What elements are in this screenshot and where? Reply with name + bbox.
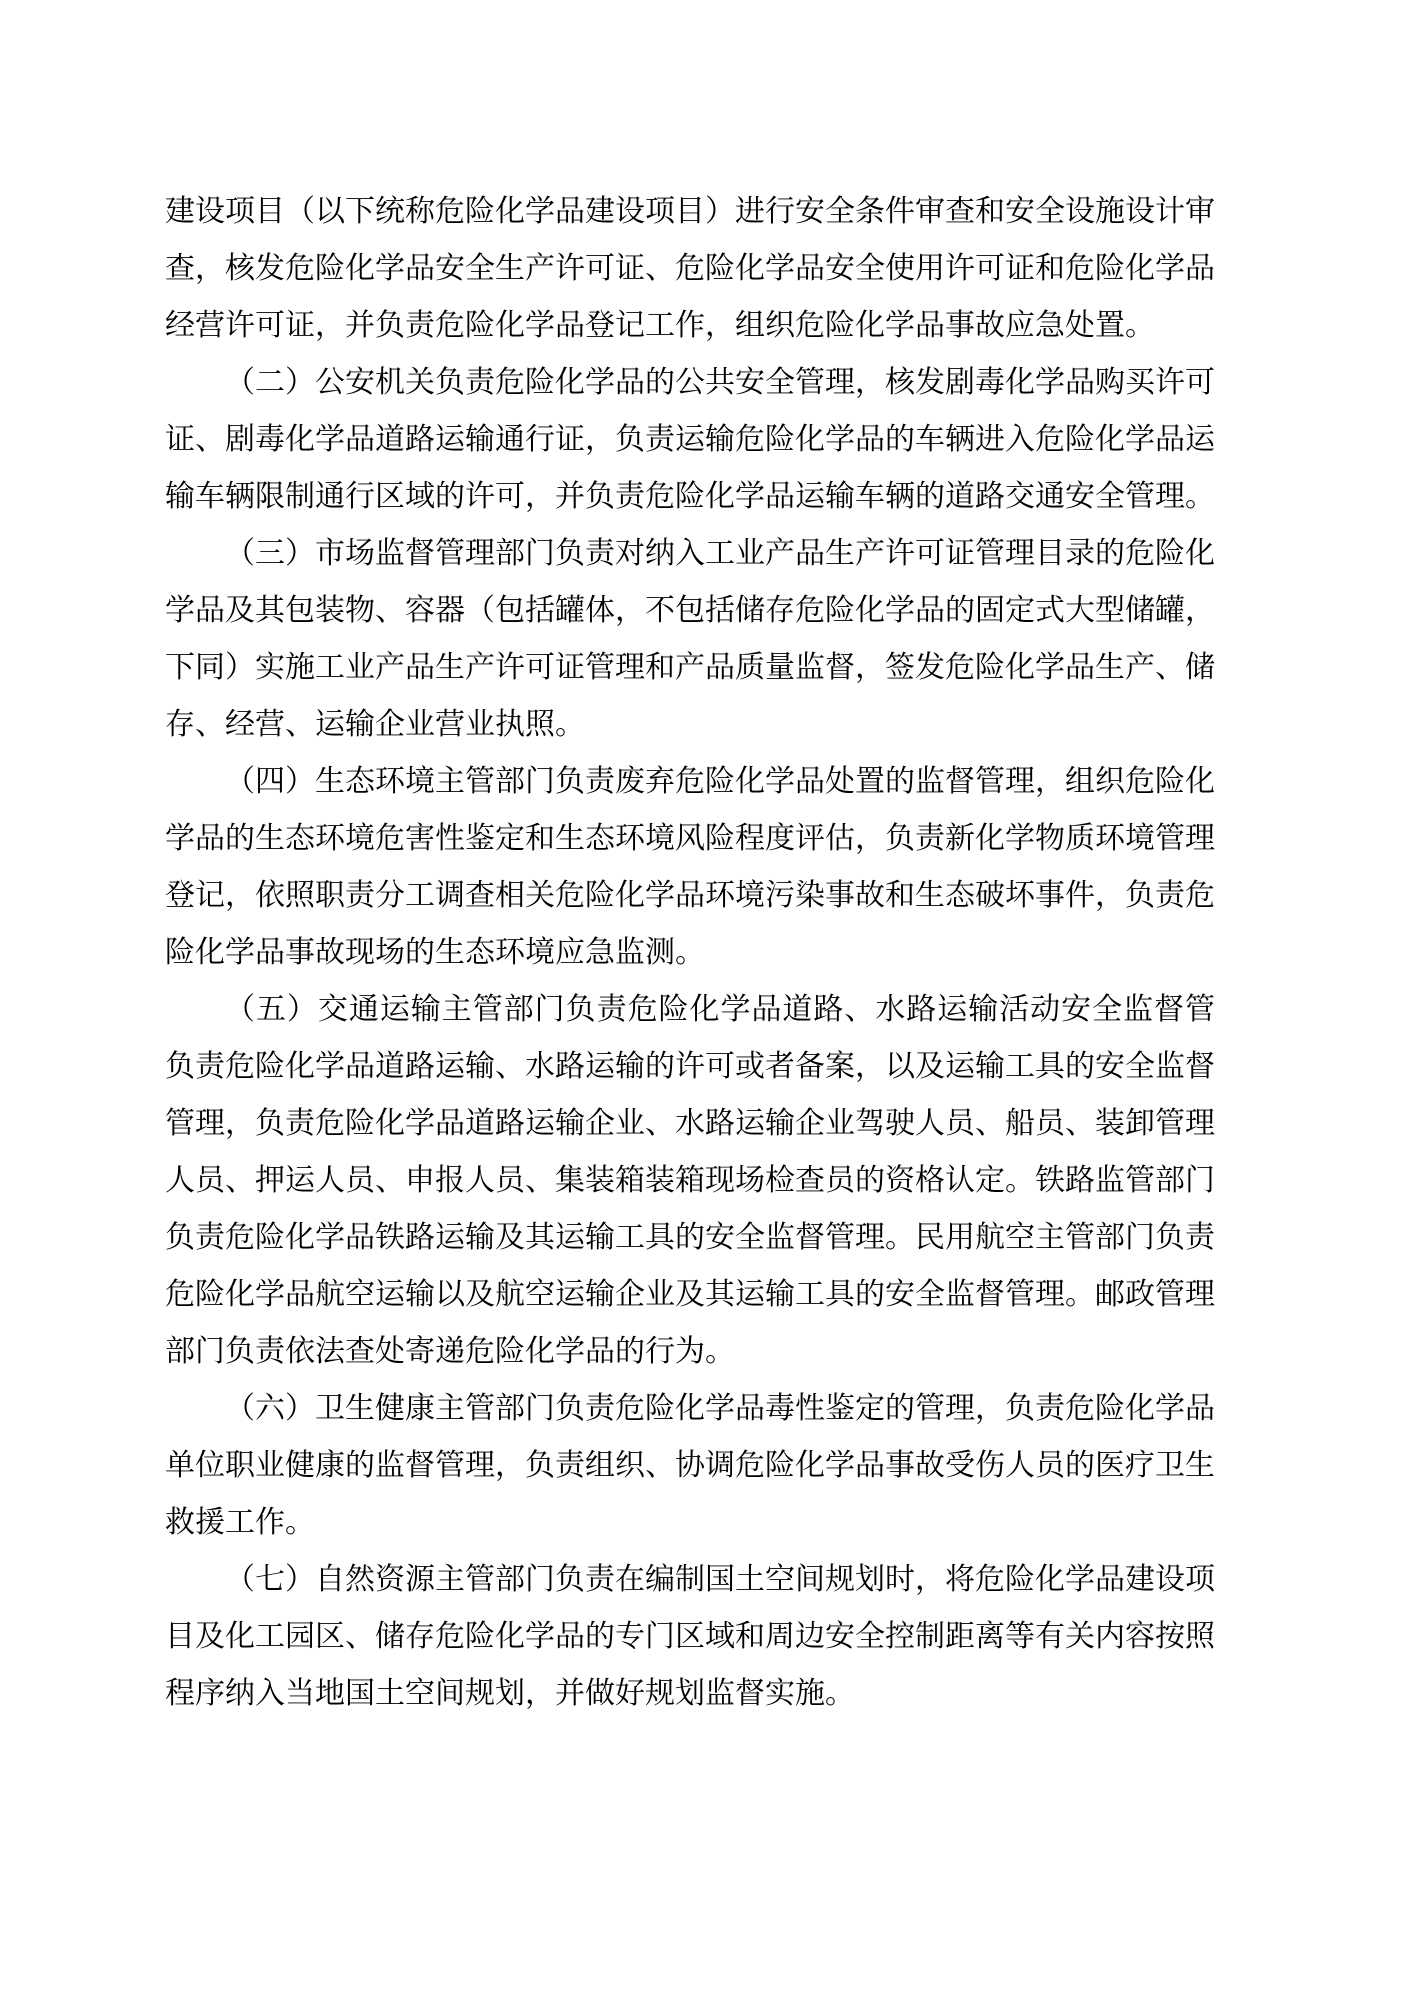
text-line: 学品及其包装物、容器（包括罐体，不包括储存危险化学品的固定式大型储罐， — [165, 582, 1215, 639]
text-line: 负责危险化学品铁路运输及其运输工具的安全监督管理。民用航空主管部门负责 — [165, 1209, 1215, 1266]
text-line: （五）交通运输主管部门负责危险化学品道路、水路运输活动安全监督管理， — [165, 981, 1215, 1038]
text-line: 危险化学品航空运输以及航空运输企业及其运输工具的安全监督管理。邮政管理 — [165, 1266, 1215, 1323]
text-line: 负责危险化学品道路运输、水路运输的许可或者备案，以及运输工具的安全监督 — [165, 1038, 1215, 1095]
text-line: （六）卫生健康主管部门负责危险化学品毒性鉴定的管理，负责危险化学品 — [165, 1380, 1215, 1437]
text-line: （二）公安机关负责危险化学品的公共安全管理，核发剧毒化学品购买许可 — [165, 354, 1215, 411]
text-line: 目及化工园区、储存危险化学品的专门区域和周边安全控制距离等有关内容按照 — [165, 1608, 1215, 1665]
text-line: 管理，负责危险化学品道路运输企业、水路运输企业驾驶人员、船员、装卸管理 — [165, 1095, 1215, 1152]
document-page: 建设项目（以下统称危险化学品建设项目）进行安全条件审查和安全设施设计审查，核发危… — [0, 0, 1414, 2000]
text-line: 程序纳入当地国土空间规划，并做好规划监督实施。 — [165, 1665, 1215, 1722]
text-line: 人员、押运人员、申报人员、集装箱装箱现场检查员的资格认定。铁路监管部门 — [165, 1152, 1215, 1209]
text-line: 救援工作。 — [165, 1494, 1215, 1551]
text-line: 建设项目（以下统称危险化学品建设项目）进行安全条件审查和安全设施设计审 — [165, 183, 1215, 240]
text-line: 单位职业健康的监督管理，负责组织、协调危险化学品事故受伤人员的医疗卫生 — [165, 1437, 1215, 1494]
document-body: 建设项目（以下统称危险化学品建设项目）进行安全条件审查和安全设施设计审查，核发危… — [165, 183, 1215, 1722]
text-line: 经营许可证，并负责危险化学品登记工作，组织危险化学品事故应急处置。 — [165, 297, 1215, 354]
text-line: 下同）实施工业产品生产许可证管理和产品质量监督，签发危险化学品生产、储 — [165, 639, 1215, 696]
text-line: 证、剧毒化学品道路运输通行证，负责运输危险化学品的车辆进入危险化学品运 — [165, 411, 1215, 468]
text-line: 险化学品事故现场的生态环境应急监测。 — [165, 924, 1215, 981]
text-line: （四）生态环境主管部门负责废弃危险化学品处置的监督管理，组织危险化 — [165, 753, 1215, 810]
text-line: （七）自然资源主管部门负责在编制国土空间规划时，将危险化学品建设项 — [165, 1551, 1215, 1608]
text-line: 存、经营、运输企业营业执照。 — [165, 696, 1215, 753]
text-line: （三）市场监督管理部门负责对纳入工业产品生产许可证管理目录的危险化 — [165, 525, 1215, 582]
text-line: 输车辆限制通行区域的许可，并负责危险化学品运输车辆的道路交通安全管理。 — [165, 468, 1215, 525]
text-line: 登记，依照职责分工调查相关危险化学品环境污染事故和生态破坏事件，负责危 — [165, 867, 1215, 924]
text-line: 查，核发危险化学品安全生产许可证、危险化学品安全使用许可证和危险化学品 — [165, 240, 1215, 297]
text-line: 部门负责依法查处寄递危险化学品的行为。 — [165, 1323, 1215, 1380]
text-line: 学品的生态环境危害性鉴定和生态环境风险程度评估，负责新化学物质环境管理 — [165, 810, 1215, 867]
